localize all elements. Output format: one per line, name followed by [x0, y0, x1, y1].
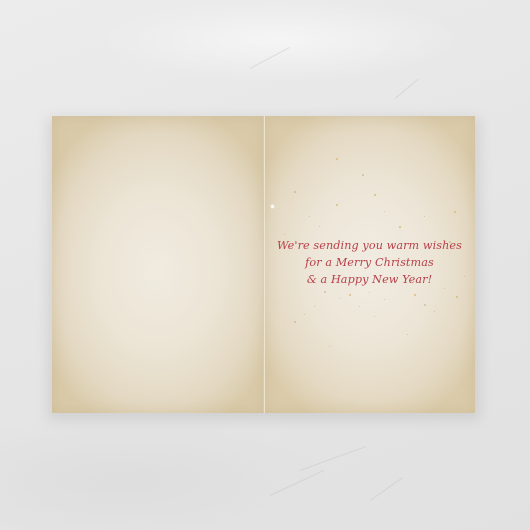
glitter-speck — [414, 294, 416, 296]
glitter-speck — [336, 158, 338, 160]
message-line-2: for a Merry Christmas — [264, 254, 475, 271]
glitter-speck — [369, 292, 370, 293]
glitter-speck — [314, 306, 315, 307]
glitter-speck — [454, 211, 456, 213]
glitter-speck — [362, 174, 364, 176]
greeting-card: We're sending you warm wishes for a Merr… — [52, 116, 475, 413]
glitter-sparkle — [271, 205, 274, 208]
card-right-panel: We're sending you warm wishes for a Merr… — [264, 116, 475, 413]
glitter-speck — [399, 226, 401, 228]
glitter-speck — [294, 191, 296, 193]
glitter-speck — [424, 304, 426, 306]
glitter-speck — [424, 216, 425, 217]
glitter-speck — [374, 316, 375, 317]
glitter-speck — [319, 226, 320, 227]
marble-vein — [270, 470, 325, 496]
glitter-speck — [434, 311, 435, 312]
glitter-speck — [374, 194, 376, 196]
glitter-speck — [339, 298, 340, 299]
glitter-speck — [456, 296, 458, 298]
marble-vein — [300, 446, 366, 471]
glitter-speck — [359, 306, 360, 307]
glitter-speck — [304, 314, 305, 315]
glitter-speck — [444, 288, 445, 289]
message-line-1: We're sending you warm wishes — [264, 237, 475, 254]
card-left-panel — [52, 116, 264, 413]
glitter-speck — [349, 294, 351, 296]
glitter-speck — [336, 204, 338, 206]
glitter-speck — [384, 299, 385, 300]
message-line-3: & a Happy New Year! — [264, 271, 475, 288]
glitter-speck — [384, 211, 385, 212]
glitter-speck — [407, 334, 408, 335]
marble-vein — [250, 47, 290, 69]
marble-vein — [395, 79, 419, 99]
glitter-speck — [329, 346, 330, 347]
marble-vein — [370, 477, 403, 501]
glitter-speck — [284, 234, 285, 235]
glitter-speck — [309, 216, 310, 217]
greeting-message: We're sending you warm wishes for a Merr… — [264, 237, 475, 288]
glitter-speck — [294, 321, 296, 323]
glitter-speck — [324, 291, 326, 293]
